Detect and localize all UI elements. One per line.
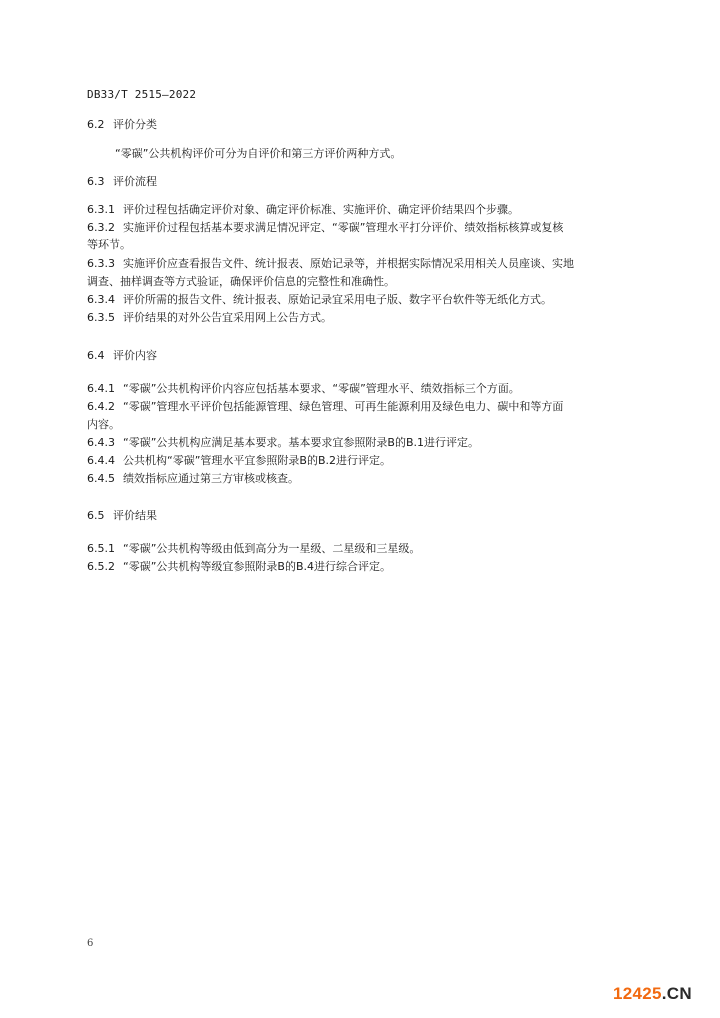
- standard-code-header: DB33/T 2515—2022: [87, 88, 196, 101]
- clause-6-4-2-continuation: 内容。: [87, 418, 120, 432]
- clause-6-3-2-continuation: 等环节。: [87, 238, 131, 252]
- clause-6-4-3: 6.4.3“零碳”公共机构应满足基本要求。基本要求宜参照附录B的B.1进行评定。: [87, 436, 479, 450]
- clause-6-5-2: 6.5.2“零碳”公共机构等级宜参照附录B的B.4进行综合评定。: [87, 560, 391, 574]
- section-heading-6-3: 6.3评价流程: [87, 175, 157, 189]
- clause-6-3-1: 6.3.1评价过程包括确定评价对象、确定评价标准、实施评价、确定评价结果四个步骤…: [87, 203, 519, 217]
- clause-6-3-4: 6.3.4评价所需的报告文件、统计报表、原始记录宜采用电子版、数字平台软件等无纸…: [87, 293, 552, 307]
- section-heading-6-4: 6.4评价内容: [87, 349, 157, 363]
- clause-6-5-1: 6.5.1“零碳”公共机构等级由低到高分为一星级、二星级和三星级。: [87, 542, 420, 556]
- clause-6-4-2: 6.4.2“零碳”管理水平评价包括能源管理、绿色管理、可再生能源利用及绿色电力、…: [87, 400, 563, 414]
- section-heading-6-5: 6.5评价结果: [87, 509, 157, 523]
- clause-6-3-3-continuation: 调查、抽样调查等方式验证，确保评价信息的完整性和准确性。: [87, 275, 395, 289]
- section-6-2-paragraph: “零碳”公共机构评价可分为自评价和第三方评价两种方式。: [115, 147, 401, 161]
- page-number: 6: [87, 938, 93, 949]
- clause-6-3-2: 6.3.2实施评价过程包括基本要求满足情况评定、“零碳”管理水平打分评价、绩效指…: [87, 221, 563, 235]
- clause-6-3-5: 6.3.5评价结果的对外公告宜采用网上公告方式。: [87, 311, 332, 325]
- section-heading-6-2: 6.2评价分类: [87, 118, 157, 132]
- clause-6-4-5: 6.4.5绩效指标应通过第三方审核或核查。: [87, 472, 299, 486]
- clause-6-4-1: 6.4.1“零碳”公共机构评价内容应包括基本要求、“零碳”管理水平、绩效指标三个…: [87, 382, 520, 396]
- clause-6-4-4: 6.4.4公共机构“零碳”管理水平宜参照附录B的B.2进行评定。: [87, 454, 391, 468]
- clause-6-3-3: 6.3.3实施评价应查看报告文件、统计报表、原始记录等，并根据实际情况采用相关人…: [87, 257, 574, 271]
- site-watermark: 12425.CN: [613, 984, 692, 1004]
- document-page: DB33/T 2515—2022 6.2评价分类 “零碳”公共机构评价可分为自评…: [0, 0, 720, 1018]
